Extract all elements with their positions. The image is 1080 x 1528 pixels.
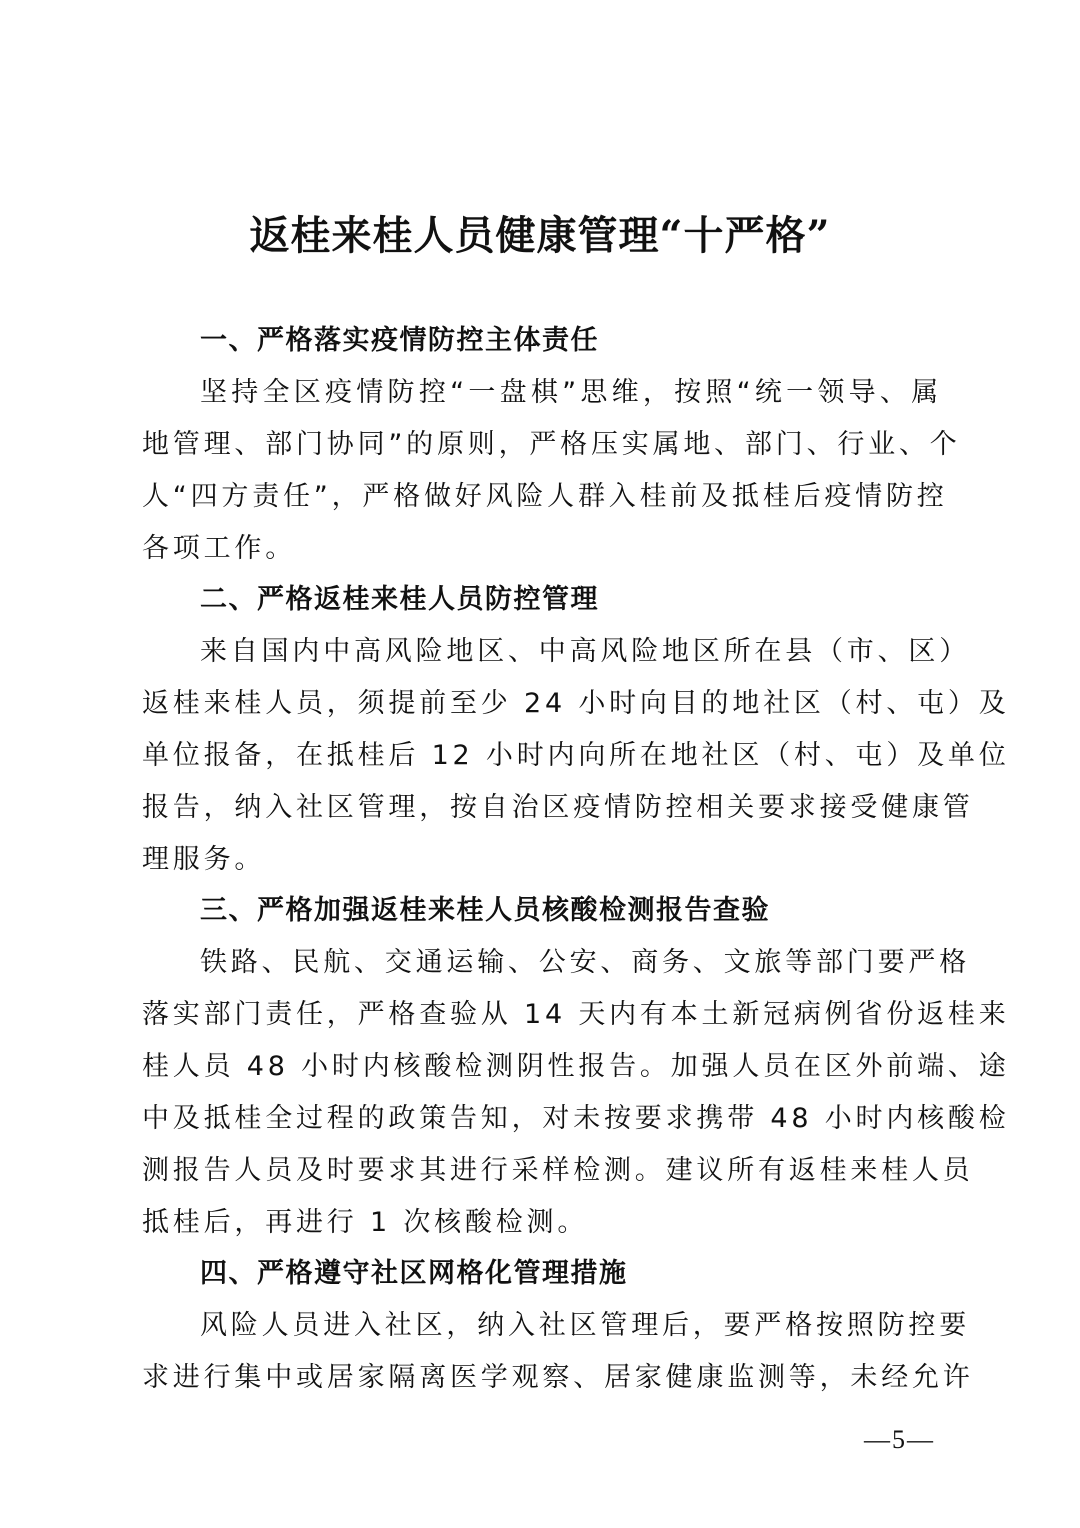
section-heading-4: 四、严格遵守社区网格化管理措施 [200,1254,628,1294]
document-title: 返桂来桂人员健康管理“十严格” [0,206,1080,266]
paragraph-line: 落实部门责任，严格查验从 14 天内有本土新冠病例省份返桂来 [142,995,942,1035]
paragraph-line: 测报告人员及时要求其进行采样检测。建议所有返桂来桂人员 [142,1151,942,1191]
paragraph-line: 风险人员进入社区，纳入社区管理后，要严格按照防控要 [200,1306,942,1346]
paragraph-line: 报告，纳入社区管理，按自治区疫情防控相关要求接受健康管 [142,788,942,828]
page-number: —5— [864,1420,935,1460]
section-heading-1: 一、严格落实疫情防控主体责任 [200,321,599,361]
section-heading-3: 三、严格加强返桂来桂人员核酸检测报告查验 [200,891,770,931]
paragraph-line: 返桂来桂人员，须提前至少 24 小时向目的地社区（村、屯）及 [142,684,942,724]
paragraph-line: 铁路、民航、交通运输、公安、商务、文旅等部门要严格 [200,943,942,983]
paragraph-line: 理服务。 [142,840,265,880]
paragraph-line: 人“四方责任”，严格做好风险人群入桂前及抵桂后疫情防控 [142,477,942,517]
paragraph-line: 中及抵桂全过程的政策告知，对未按要求携带 48 小时内核酸检 [142,1099,942,1139]
paragraph-line: 单位报备，在抵桂后 12 小时内向所在地社区（村、屯）及单位 [142,736,942,776]
paragraph-line: 坚持全区疫情防控“一盘棋”思维，按照“统一领导、属 [200,373,942,413]
paragraph-line: 地管理、部门协同”的原则，严格压实属地、部门、行业、个 [142,425,942,465]
paragraph-line: 求进行集中或居家隔离医学观察、居家健康监测等，未经允许 [142,1358,942,1398]
paragraph-line: 来自国内中高风险地区、中高风险地区所在县（市、区） [200,632,942,672]
section-heading-2: 二、严格返桂来桂人员防控管理 [200,580,599,620]
paragraph-line: 各项工作。 [142,529,296,569]
paragraph-line: 抵桂后，再进行 1 次核酸检测。 [142,1203,588,1243]
paragraph-line: 桂人员 48 小时内核酸检测阴性报告。加强人员在区外前端、途 [142,1047,942,1087]
